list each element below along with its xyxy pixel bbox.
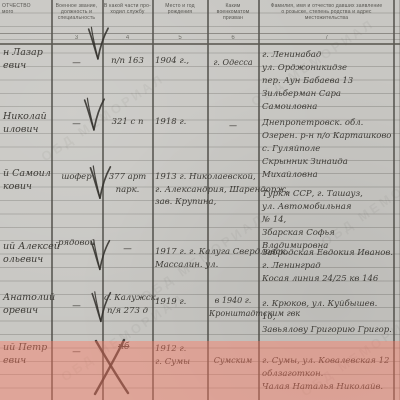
column-number: 7: [261, 35, 392, 41]
column-header: Каким военкоматомпризван: [209, 3, 257, 21]
handwritten-entry-line: с. Гуляйполе: [262, 143, 393, 156]
handwritten-entry-line: 321 с п: [104, 116, 151, 129]
table-row-cell-name: ий Алексейольевич: [3, 241, 50, 266]
column-number: 5: [154, 35, 206, 41]
handwritten-entry-line: Косая линия 24/25 кв 146: [262, 273, 393, 286]
table-row-cell-birth: 1919 г.: [155, 296, 207, 309]
handwritten-entry-line: Кронштадтским гвк: [209, 308, 257, 321]
table-row-cell-birth: 1913 г. Николаевской,г. Александрия, Шар…: [155, 171, 207, 209]
column-header: В какой части про-ходил службу: [104, 3, 151, 15]
table-row-cell-relatives: Забродская Евдокия Иванов.г. ЛенинградКо…: [262, 247, 393, 286]
column-header-text: Каким военкоматом: [209, 3, 257, 15]
handwritten-entry-line: Самоиловна: [262, 101, 393, 114]
handwritten-entry-line: г. Сумы: [155, 356, 207, 369]
handwritten-entry-line: 1918 г.: [155, 116, 207, 129]
handwritten-entry-line: г. Сумы, ул. Ковалевская 12: [262, 355, 393, 368]
handwritten-entry-line: Завьялову Григорию Григор.: [262, 324, 393, 337]
handwritten-entry-line: 1917 г. г. Калуга Свердловск.: [155, 246, 207, 259]
table-row-cell-relatives: г. Крюков, ул. Куйбышев.10,Завьялову Гри…: [262, 298, 393, 337]
table-row-cell-relatives: Днепропетровск. обл.Озерен. р-н п/о Карт…: [262, 117, 393, 182]
handwritten-entry-line: —: [209, 120, 257, 133]
handwritten-entry-line: илович: [3, 124, 50, 137]
column-header-text: рождения: [154, 9, 206, 15]
pencil-checkmark-icon: [86, 291, 114, 324]
handwritten-entry-line: г. Ленинабад: [262, 49, 393, 62]
handwritten-entry-line: г. Александрия, Шарендорж,: [155, 184, 207, 197]
handwritten-entry-line: ий Петр: [3, 342, 50, 355]
handwritten-entry-line: Туркм ССР, г. Ташауз,: [262, 188, 393, 201]
table-row-cell-birth: 1918 г.: [155, 116, 207, 129]
handwritten-entry-line: в 1940 г.: [209, 295, 257, 308]
handwritten-entry-line: ул. Автомобильная: [262, 201, 393, 214]
column-header-text: местожительства: [261, 15, 392, 21]
handwritten-entry-line: Збарская Софья: [262, 227, 393, 240]
table-row-cell-relatives: г. Сумы, ул. Ковалевская 12облзаготкон.Ч…: [262, 355, 393, 394]
table-row-cell-name: Николайилович: [3, 111, 50, 136]
table-row-cell-office: г. Одесса: [209, 57, 257, 70]
handwritten-entry-line: Зильберман Сара: [262, 88, 393, 101]
handwritten-entry-line: № 14,: [262, 214, 393, 227]
handwritten-entry-line: Массалин. ул.: [155, 259, 207, 272]
column-header: Военное звание,должность испециальность: [53, 3, 100, 21]
column-header: Фамилия, имя и отчество давших заявление…: [261, 3, 392, 21]
handwritten-entry-line: 1919 г.: [155, 296, 207, 309]
handwritten-entry-line: кович: [3, 181, 50, 194]
column-number: 4: [104, 35, 151, 41]
table-row-cell-birth: 1912 г.г. Сумы: [155, 343, 207, 368]
column-header-text: призван: [209, 15, 257, 21]
handwritten-entry-line: ольевич: [3, 254, 50, 267]
handwritten-entry-line: ий Алексей: [3, 241, 50, 254]
pencil-checkmark-icon: [84, 26, 110, 62]
table-column-rule: [258, 0, 260, 400]
handwritten-entry-line: евич: [3, 60, 50, 73]
handwritten-entry-line: Михайловна: [262, 169, 393, 182]
table-row-cell-name: н Лазаревич: [3, 47, 50, 72]
table-row-cell-unit: п/п 163: [104, 55, 151, 68]
table-row-cell-relatives: г. Ленинабадул. Орджоникидзепер. Аун Баб…: [262, 49, 393, 114]
handwritten-entry-line: й Самоил: [3, 168, 50, 181]
handwritten-entry-line: 1912 г.: [155, 343, 207, 356]
table-row-cell-office: в 1940 г.Кронштадтским гвк: [209, 295, 257, 320]
table-row-cell-name: Анатолийоревич: [3, 292, 50, 317]
table-row-cell-office: —: [209, 120, 257, 133]
handwritten-entry-line: зав. Крупина,: [155, 196, 207, 209]
handwritten-entry-line: ул. Орджоникидзе: [262, 62, 393, 75]
table-row-cell-birth: 1917 г. г. Калуга Свердловск.Массалин. у…: [155, 246, 207, 271]
handwritten-entry-line: евич: [3, 355, 50, 368]
handwritten-entry-line: 10,: [262, 311, 393, 324]
handwritten-entry-line: Забродская Евдокия Иванов.: [262, 247, 393, 260]
table-column-rule: [393, 0, 395, 400]
handwritten-entry-line: облзаготкон.: [262, 368, 393, 381]
pencil-checkmark-icon: [80, 96, 106, 134]
handwritten-entry-line: 1904 г.,: [155, 55, 207, 68]
handwritten-entry-line: Озерен. р-н п/о Карташково: [262, 130, 393, 143]
column-header: ОТЧЕСТВОмого: [2, 3, 49, 15]
handwritten-entry-line: н Лазар: [3, 47, 50, 60]
table-row-cell-office: Сумским: [209, 355, 257, 368]
table-row-cell-name: ий Петревич: [3, 342, 50, 367]
handwritten-entry-line: г. Одесса: [209, 57, 257, 70]
table-column-rule: [152, 0, 154, 400]
header-bottom-line: [0, 43, 400, 45]
handwritten-entry-line: Николай: [3, 111, 50, 124]
struck-out-note: нб: [118, 342, 129, 352]
handwritten-entry-line: Сумским: [209, 355, 257, 368]
pencil-checkmark-icon: [84, 165, 114, 201]
handwritten-entry-line: Скрынник Зинаида: [262, 156, 393, 169]
handwritten-entry-line: оревич: [3, 305, 50, 318]
handwritten-entry-line: пер. Аун Бабаева 13: [262, 75, 393, 88]
table-row-cell-unit: 321 с п: [104, 116, 151, 129]
table-row-cell-relatives: Туркм ССР, г. Ташауз,ул. Автомобильная№ …: [262, 188, 393, 253]
handwritten-entry-line: 1913 г. Николаевской,: [155, 171, 207, 184]
column-number: 6: [209, 35, 257, 41]
handwritten-entry-line: Анатолий: [3, 292, 50, 305]
column-header-text: специальность: [53, 15, 100, 21]
handwritten-entry-line: п/п 163: [104, 55, 151, 68]
column-header-text: мого: [2, 9, 49, 15]
header-separator-line: [0, 33, 400, 34]
table-row-cell-birth: 1904 г.,: [155, 55, 207, 68]
pencil-checkmark-icon: [84, 239, 114, 272]
column-header: Место и годрождения: [154, 3, 206, 15]
handwritten-entry-line: Днепропетровск. обл.: [262, 117, 393, 130]
handwritten-entry-line: г. Ленинград: [262, 260, 393, 273]
column-header-text: ходил службу: [104, 9, 151, 15]
table-row-cell-name: й Самоилкович: [3, 168, 50, 193]
handwritten-entry-line: г. Крюков, ул. Куйбышев.: [262, 298, 393, 311]
handwritten-entry-line: Чалая Наталья Николайв.: [262, 381, 393, 394]
scanned-document-page: ОБД МЕМОРИАЛОБД МЕМОРИАЛОБД МЕМОРИАЛОБД …: [0, 0, 400, 400]
